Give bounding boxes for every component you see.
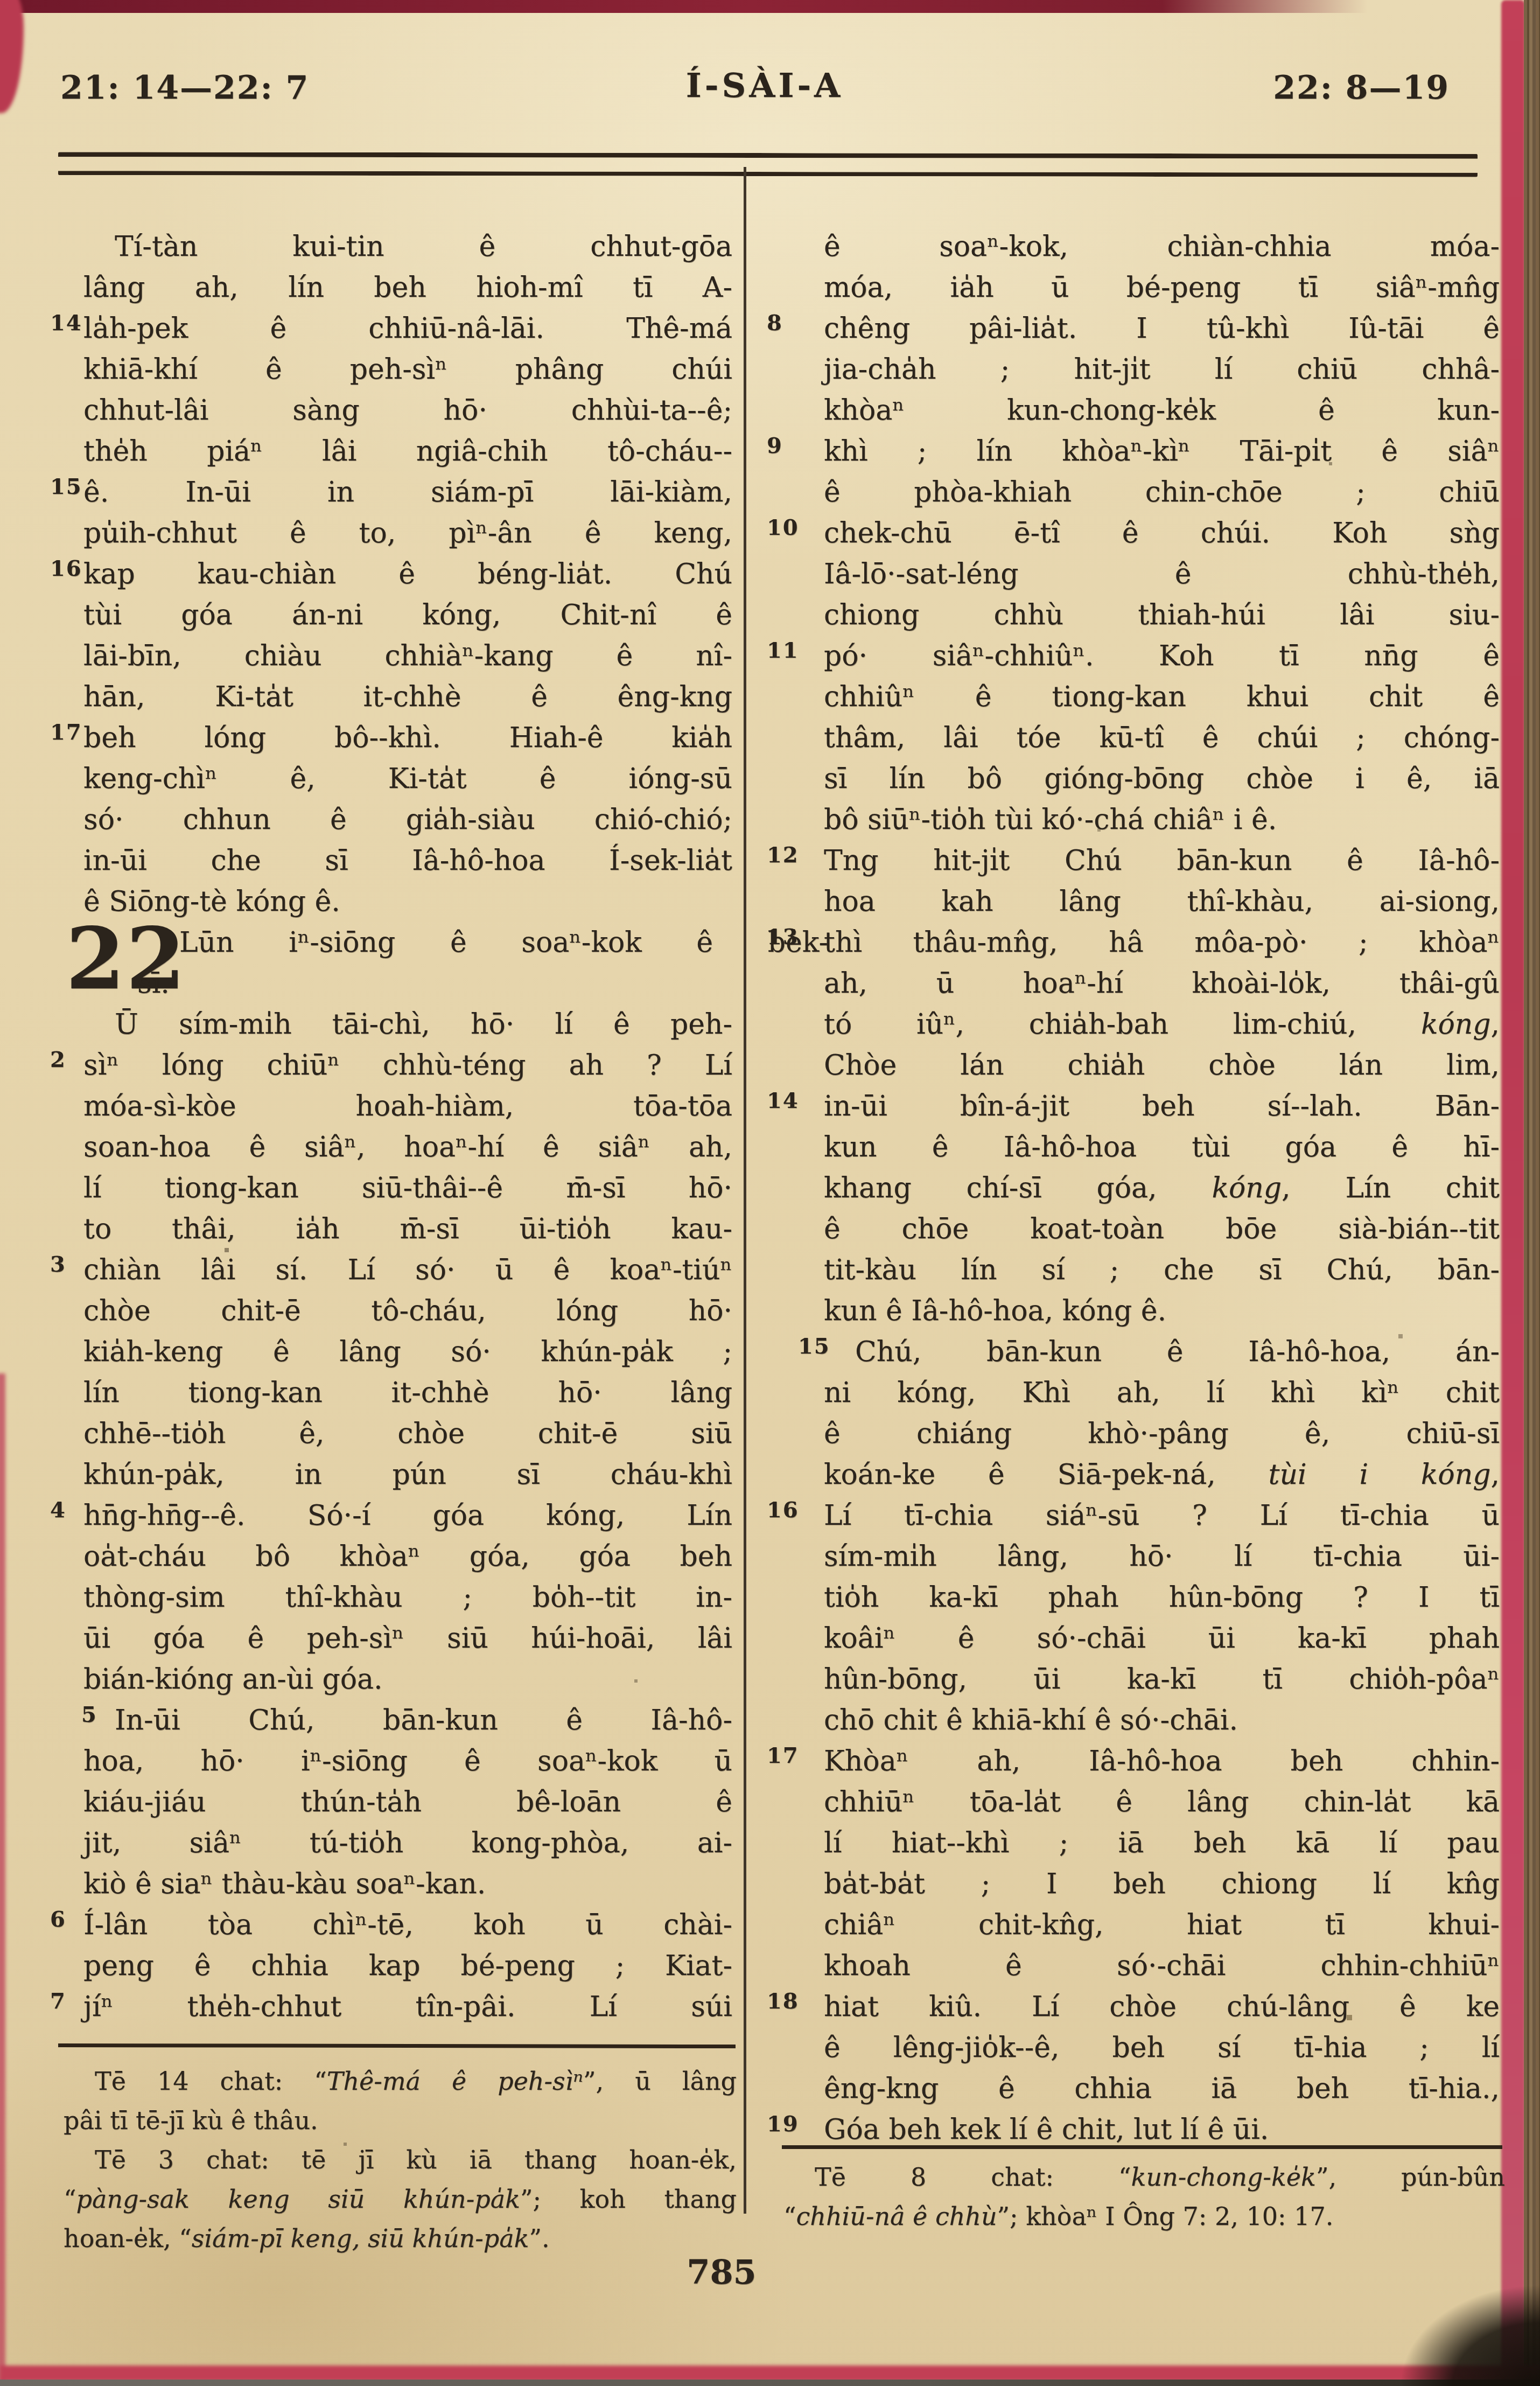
text-segment: tio̍h ka-kī phah hûn-bōng ? I tī [824,1581,1500,1614]
scripture-line: thòng-sim thî-khàu ; bo̍h--tit in- [83,1577,732,1618]
text-segment: lí tiong-kan siū-thâi--ê m̄-sī hō· [83,1172,732,1204]
verse-number: 12 [767,835,816,876]
text-segment: sím-mi̍h lâng, hō· lí tī-chia ūi- [824,1540,1500,1573]
text-segment: Iâ-lō·-sat-léng ê chhù-the̍h, [824,558,1500,590]
scripture-line: lí tiong-kan siū-thâi--ê m̄-sī hō· [83,1168,732,1209]
text-segment: “ [64,2185,76,2214]
scripture-line: peng ê chhia kap bé-peng ; Kiat- [83,1945,732,1986]
scripture-line: koán-ke ê Siā-pek-ná, tùi i kóng, [824,1454,1500,1495]
text-segment: ”. [529,2224,550,2253]
scripture-line: oa̍t-cháu bô khòaⁿ góa, góa beh [83,1536,732,1577]
scripture-line: 6Í-lân tòa chìⁿ-tē, koh ū chài- [83,1904,732,1945]
verse-number: 15 [50,466,81,507]
text-segment: Tē 8 chat: “ [815,2162,1131,2192]
scripture-line: soan-hoa ê siâⁿ, hoaⁿ-hí ê siâⁿ ah, [83,1127,732,1168]
scripture-line: chiong chhù thiah-húi lâi siu- [824,595,1500,636]
scripture-line: lín tiong-kan it-chhè hō· lâng [83,1372,732,1413]
book-page-scan: 21: 14—22: 7 Í-SÀI-A 22: 8—19 22 Tí-tàn … [0,0,1540,2386]
text-segment: só· chhun ê gia̍h-siàu chió-chió; [83,804,732,836]
italic-text: pàng-sak keng siū khún-pa̍k [76,2185,520,2214]
verse-number: 2 [50,1039,81,1080]
text-segment: Chú, bān-kun ê Iâ-hô-hoa, án- [855,1336,1500,1368]
text-segment: keng-chìⁿ ê, Ki-ta̍t ê ióng-sū [83,763,732,795]
left-footnotes: Tē 14 chat: “Thê-má ê peh-sìⁿ”, ū lângpâ… [64,2062,737,2258]
verse-number: 19 [767,2104,816,2145]
scripture-line: chhē--tio̍h ê, chòe chit-ē siū [83,1413,732,1454]
text-segment: ê chiáng khò·-pâng ê, chiū-sī [824,1418,1500,1450]
right-text-column: ê soaⁿ-kok, chiàn-chhia móa-móa, ia̍h ū … [824,226,1500,2150]
scripture-line: ni kóng, Khì ah, lí khì kìⁿ chit [824,1372,1500,1413]
verse-number: 17 [50,712,81,753]
footnote-line: pâi tī tē-jī kù ê thâu. [64,2101,737,2140]
text-segment: the̍h piáⁿ lâi ngiâ-chih tô-cháu-- [83,435,732,468]
header-verse-range-left: 21: 14—22: 7 [60,69,309,107]
text-segment: hoa kah lâng thî-khàu, ai-siong, [824,885,1500,918]
scripture-line: Chòe lán chia̍h chòe lán lim, [824,1045,1500,1086]
scripture-line: hûn-bōng, ūi ka-kī tī chio̍h-pôaⁿ [824,1659,1500,1700]
text-segment: hn̄g-hn̄g--ê. Só·-í góa kóng, Lín [83,1499,732,1532]
scripture-line: kiáu-jiáu thún-ta̍h bê-loān ê [83,1782,732,1823]
column-divider-rule [744,167,746,2214]
scripture-line: só· chhun ê gia̍h-siàu chió-chió; [83,799,732,840]
text-segment: hān, Ki-ta̍t it-chhè ê êng-kng [83,681,732,713]
text-segment: pu̍ih-chhut ê to, pìⁿ-ân ê keng, [83,517,732,549]
text-segment: tó iûⁿ, chia̍h-bah lim-chiú, [824,1008,1421,1041]
text-segment: thòng-sim thî-khàu ; bo̍h--tit in- [83,1581,732,1614]
text-segment: ê phòa-khiah chin-chōe ; chiū [824,476,1500,508]
scripture-line: chō chit ê khiā-khí ê só·-chāi. [824,1700,1500,1741]
text-segment: Tng hit-ji̍t Chú bān-kun ê Iâ-hô- [824,845,1500,877]
scripture-line: hān, Ki-ta̍t it-chhè ê êng-kng [83,676,732,717]
scripture-line: kun ê Iâ-hô-hoa, kóng ê. [824,1290,1500,1331]
text-segment: chhiûⁿ ê tiong-kan khui chi̍t ê [824,681,1500,713]
text-segment: to thâi, ia̍h m̄-sī ūi-tio̍h kau- [83,1213,732,1245]
text-segment: Khòaⁿ ah, Iâ-hô-hoa beh chhin- [824,1745,1500,1777]
right-page-stack-edge [1524,0,1540,2386]
text-segment: chō chit ê khiā-khí ê só·-chāi. [824,1704,1238,1736]
scripture-line: sím-mi̍h lâng, hō· lí tī-chia ūi- [824,1536,1500,1577]
text-segment: hiat kiû. Lí chòe chú-lâng ê ke [824,1991,1500,2023]
scripture-line: 11pó· siâⁿ-chhiûⁿ. Koh tī nn̄g ê [824,636,1500,676]
scripture-line: 15ê. In-ūi in siám-pī lāi-kiàm, [83,472,732,513]
text-segment: lí hiat--khì ; iā beh kā lí pau [824,1827,1500,1859]
scripture-line: 2sìⁿ lóng chiūⁿ chhù-téng ah ? Lí [83,1045,732,1086]
verse-number: 8 [767,303,816,344]
footnote-line: hoan-e̍k, “siám-pī keng, siū khún-pa̍k”. [64,2219,737,2258]
text-segment: lâng ah, lín beh hioh-mî tī A- [83,271,732,304]
text-segment: sìⁿ lóng chiūⁿ chhù-téng ah ? Lí [83,1049,732,1082]
header-rule [58,152,1478,177]
paper-specks [0,0,1,1]
text-segment: Í-lân tòa chìⁿ-tē, koh ū chài- [83,1909,732,1941]
scripture-line: 17Khòaⁿ ah, Iâ-hô-hoa beh chhin- [824,1741,1500,1782]
right-edge-red-dye [1501,0,1525,2386]
text-segment: ”; koh thang [520,2185,737,2214]
text-segment: in-ūi che sī Iâ-hô-hoa Í-sek-lia̍t [83,845,732,877]
text-segment: kap kau-chiàn ê béng-lia̍t. Chú [83,558,732,590]
verse-number: 16 [767,1490,816,1531]
text-segment: khiā-khí ê peh-sìⁿ phâng chúi [83,353,732,386]
verse-number: 13 [767,917,816,958]
text-segment: hoa, hō· iⁿ-siōng ê soaⁿ-kok ū [83,1745,732,1777]
text-segment: chhut-lâi sàng hō· chhùi-ta--ê; [83,394,732,427]
text-segment: jia-cha̍h ; hit-ji̍t lí chiū chhâ- [824,353,1500,386]
scripture-line: 17beh lóng bô--khì. Hiah-ê kia̍h [83,717,732,758]
scripture-line: khoah ê só·-chāi chhin-chhiūⁿ [824,1945,1500,1986]
scripture-line: sī lín bô gióng-bōng chòe i ê, iā [824,758,1500,799]
text-segment: in-ūi bîn-á-jit beh sí--lah. Bān- [824,1090,1500,1122]
verse-number: 16 [50,548,81,589]
text-segment: sī. [137,967,170,1000]
scripture-line: 12Tng hit-ji̍t Chú bān-kun ê Iâ-hô- [824,840,1500,881]
scripture-line: ê soaⁿ-kok, chiàn-chhia móa- [824,226,1500,267]
text-segment: hûn-bōng, ūi ka-kī tī chio̍h-pôaⁿ [824,1663,1500,1696]
scripture-line: chhut-lâi sàng hō· chhùi-ta--ê; [83,390,732,431]
text-segment: ”; khòaⁿ I Ông 7: 2, 10: 17. [997,2202,1334,2231]
text-segment: hoan-e̍k, “ [64,2224,192,2253]
text-segment: khòaⁿ kun-chong-ke̍k ê kun- [824,394,1500,427]
text-segment: In-ūi Chú, bān-kun ê Iâ-hô- [115,1704,732,1736]
text-segment: lāi-bīn, chiàu chhiàⁿ-kang ê nî- [83,640,732,672]
text-segment: Lí tī-chia siáⁿ-sū ? Lí tī-chia ū [824,1499,1500,1532]
scripture-line: 10chek-chū ē-tî ê chúi. Koh sǹg [824,513,1500,554]
text-segment: khoah ê só·-chāi chhin-chhiūⁿ [824,1950,1500,1982]
text-segment: pâi tī tē-jī kù ê thâu. [64,2106,318,2135]
italic-text: kun-chong-ke̍k [1131,2162,1316,2192]
italic-text: tùi i kóng [1269,1459,1491,1491]
scripture-line: hoa, hō· iⁿ-siōng ê soaⁿ-kok ū [83,1741,732,1782]
scripture-line: ê chiáng khò·-pâng ê, chiū-sī [824,1413,1500,1454]
scripture-line: ūi góa ê peh-sìⁿ siū húi-hoāi, lâi [83,1618,732,1659]
verse-number: 15 [767,1326,816,1367]
scripture-line: to thâi, ia̍h m̄-sī ūi-tio̍h kau- [83,1209,732,1250]
text-segment: beh lóng bô--khì. Hiah-ê kia̍h [83,722,732,754]
text-segment: jíⁿ the̍h-chhut tîn-pâi. Lí súi [83,1991,732,2023]
text-segment: “ [783,2202,796,2231]
scripture-line: keng-chìⁿ ê, Ki-ta̍t ê ióng-sū [83,758,732,799]
text-segment: ê soaⁿ-kok, chiàn-chhia móa- [824,231,1500,263]
scripture-line: 8chêng pâi-lia̍t. I tû-khì Iû-tāi ê [824,308,1500,349]
scripture-line: khún-pa̍k, in pún sī cháu-khì [83,1454,732,1495]
scripture-line: kiò ê siaⁿ thàu-kàu soaⁿ-kan. [83,1864,732,1904]
text-segment: kun ê Iâ-hô-hoa tùi góa ê hī- [824,1131,1500,1163]
verse-number: 11 [767,630,816,671]
scripture-line: 13thì thâu-mn̂g, hâ môa-pò· ; khòaⁿ [824,922,1500,963]
text-segment: tùi góa án-ni kóng, Chit-nî ê [83,599,732,631]
scripture-line: Ū sím-mi̍h tāi-chì, hō· lí ê peh- [83,1004,732,1045]
scripture-line: 16kap kau-chiàn ê béng-lia̍t. Chú [83,554,732,595]
footnote-line: “chhiū-nâ ê chhù”; khòaⁿ I Ông 7: 2, 10:… [783,2197,1505,2236]
scripture-line: khòaⁿ kun-chong-ke̍k ê kun- [824,390,1500,431]
text-segment: ah, ū hoaⁿ-hí khoài-lo̍k, thâi-gû [824,967,1500,1000]
text-segment: thì thâu-mn̂g, hâ môa-pò· ; khòaⁿ [824,926,1500,959]
text-segment: koâiⁿ ê só·-chāi ūi ka-kī phah [824,1622,1500,1655]
verse-number: 14 [767,1080,816,1121]
text-segment: tit-kàu lín sí ; che sī Chú, bān- [824,1254,1500,1286]
verse-number: 6 [50,1899,81,1940]
header-verse-range-right: 22: 8—19 [1273,69,1450,107]
verse-number: 10 [767,507,816,548]
footnote-line: “pàng-sak keng siū khún-pa̍k”; koh thang [64,2180,737,2219]
italic-text: siám-pī keng, siū khún-pa̍k [192,2224,529,2253]
text-segment: chòe chit-ē tô-cháu, lóng hō· [83,1295,732,1327]
scripture-line: Tí-tàn kui-tin ê chhut-gōa [83,226,732,267]
top-edge-red-stain [0,0,1368,13]
verse-number: 17 [767,1735,816,1776]
text-segment: Góa beh kek lí ê chit, lut lí ê ūi. [824,2113,1269,2146]
scripture-line: ê phòa-khiah chin-chōe ; chiū [824,472,1500,513]
text-segment: chek-chū ē-tî ê chúi. Koh sǹg [824,517,1500,549]
scripture-line: 15Chú, bān-kun ê Iâ-hô-hoa, án- [824,1331,1500,1372]
scripture-line: the̍h piáⁿ lâi ngiâ-chih tô-cháu-- [83,431,732,472]
scripture-line: chòe chit-ē tô-cháu, lóng hō· [83,1290,732,1331]
text-segment: pó· siâⁿ-chhiûⁿ. Koh tī nn̄g ê [824,640,1500,672]
scripture-line: 5In-ūi Chú, bān-kun ê Iâ-hô- [83,1700,732,1741]
scripture-line: chhiūⁿ tōa-la̍t ê lâng chin-la̍t kā [824,1782,1500,1823]
italic-text: kóng [1421,1008,1491,1041]
text-segment: chhiūⁿ tōa-la̍t ê lâng chin-la̍t kā [824,1786,1500,1818]
text-segment: chhē--tio̍h ê, chòe chit-ē siū [83,1418,732,1450]
text-segment: ê. In-ūi in siám-pī lāi-kiàm, [83,476,732,508]
text-segment: chiong chhù thiah-húi lâi siu- [824,599,1500,631]
text-segment: móa, ia̍h ū bé-peng tī siâⁿ-mn̂g [824,271,1500,304]
footnote-line: Tē 14 chat: “Thê-má ê peh-sìⁿ”, ū lâng [64,2062,737,2101]
left-footnote-rule [58,2043,736,2048]
text-segment: khì ; lín khòaⁿ-kìⁿ Tāi-pi̍t ê siâⁿ [824,435,1500,468]
text-segment: peng ê chhia kap bé-peng ; Kiat- [83,1950,732,1982]
text-segment: , [1490,1008,1500,1041]
text-segment: ê chōe koat-toàn bōe sià-bián--tit [824,1213,1500,1245]
scripture-line: thâm, lâi tóe kū-tî ê chúi ; chóng- [824,717,1500,758]
text-segment: kiáu-jiáu thún-ta̍h bê-loān ê [83,1786,732,1818]
text-segment: Chòe lán chia̍h chòe lán lim, [824,1049,1500,1082]
scripture-line: ba̍t-ba̍t ; I beh chiong lí kn̂g [824,1864,1500,1904]
text-segment: soan-hoa ê siâⁿ, hoaⁿ-hí ê siâⁿ ah, [83,1131,732,1163]
scripture-line: 16Lí tī-chia siáⁿ-sū ? Lí tī-chia ū [824,1495,1500,1536]
scripture-line: lí hiat--khì ; iā beh kā lí pau [824,1823,1500,1864]
text-segment: khún-pa̍k, in pún sī cháu-khì [83,1459,732,1491]
text-segment: Tí-tàn kui-tin ê chhut-gōa [115,231,732,263]
bottom-right-shadow [1314,2224,1540,2386]
italic-text: Thê-má ê peh-sìⁿ [327,2067,583,2096]
verse-number: 7 [50,1981,81,2022]
verse-number: 3 [50,1244,81,1285]
scripture-line: 14la̍h-pek ê chhiū-nâ-lāi. Thê-má [83,308,732,349]
scripture-line: móa, ia̍h ū bé-peng tī siâⁿ-mn̂g [824,267,1500,308]
text-segment: ūi góa ê peh-sìⁿ siū húi-hoāi, lâi [83,1622,732,1655]
text-segment: ”, pún-bûn [1316,2162,1505,2192]
text-segment: chiâⁿ chit-kn̂g, hiat tī khui- [824,1909,1500,1941]
scripture-line: kun ê Iâ-hô-hoa tùi góa ê hī- [824,1127,1500,1168]
scripture-line: in-ūi che sī Iâ-hô-hoa Í-sek-lia̍t [83,840,732,881]
text-segment: kia̍h-keng ê lâng só· khún-pa̍k ; [83,1336,732,1368]
text-segment: oa̍t-cháu bô khòaⁿ góa, góa beh [83,1540,732,1573]
scripture-line: 7jíⁿ the̍h-chhut tîn-pâi. Lí súi [83,1986,732,2027]
text-segment: Lūn iⁿ-siōng ê soaⁿ-kok ê be̍k- [179,926,828,959]
text-segment: thâm, lâi tóe kū-tî ê chúi ; chóng- [824,722,1500,754]
text-segment: koán-ke ê Siā-pek-ná, [824,1459,1269,1491]
scripture-line: koâiⁿ ê só·-chāi ūi ka-kī phah [824,1618,1500,1659]
scripture-line: jit, siâⁿ tú-tio̍h kong-phòa, ai- [83,1823,732,1864]
text-segment: Ū sím-mi̍h tāi-chì, hō· lí ê peh- [115,1008,732,1041]
scripture-line: Lūn iⁿ-siōng ê soaⁿ-kok ê be̍k- [83,922,828,963]
scripture-line: móa-sì-kòe hoah-hiàm, tōa-tōa [83,1086,732,1127]
scripture-line: khiā-khí ê peh-sìⁿ phâng chúi [83,349,732,390]
scripture-line: ê chōe koat-toàn bōe sià-bián--tit [824,1209,1500,1250]
scripture-line: pu̍ih-chhut ê to, pìⁿ-ân ê keng, [83,513,732,554]
scripture-line: tit-kàu lín sí ; che sī Chú, bān- [824,1250,1500,1290]
left-text-column: Tí-tàn kui-tin ê chhut-gōalâng ah, lín b… [83,226,732,2027]
text-segment: ”, ū lâng [583,2067,737,2096]
scripture-line: tó iûⁿ, chia̍h-bah lim-chiú, kóng, [824,1004,1500,1045]
italic-text: chhiū-nâ ê chhù [796,2202,997,2231]
right-footnotes: Tē 8 chat: “kun-chong-ke̍k”, pún-bûn“chh… [783,2158,1505,2236]
scripture-line: kia̍h-keng ê lâng só· khún-pa̍k ; [83,1331,732,1372]
scripture-line: êng-kng ê chhia iā beh tī-hia., [824,2068,1500,2109]
scripture-line: tio̍h ka-kī phah hûn-bōng ? I tī [824,1577,1500,1618]
text-segment: la̍h-pek ê chhiū-nâ-lāi. Thê-má [83,312,732,345]
scripture-line: lâng ah, lín beh hioh-mî tī A- [83,267,732,308]
text-segment: jit, siâⁿ tú-tio̍h kong-phòa, ai- [83,1827,732,1859]
verse-number: 18 [767,1981,816,2022]
text-segment: , [1490,1459,1500,1491]
scripture-line: 9khì ; lín khòaⁿ-kìⁿ Tāi-pi̍t ê siâⁿ [824,431,1500,472]
text-segment: chêng pâi-lia̍t. I tû-khì Iû-tāi ê [824,312,1500,345]
text-segment: móa-sì-kòe hoah-hiàm, tōa-tōa [83,1090,732,1122]
footnote-line: Tē 3 chat: tē jī kù iā thang hoan-e̍k, [64,2140,737,2180]
text-segment: bián-kióng an-ùi góa. [83,1663,383,1696]
text-segment: ba̍t-ba̍t ; I beh chiong lí kn̂g [824,1868,1500,1900]
right-footnote-rule [782,2145,1502,2149]
scripture-line: ê lêng-jio̍k--ê, beh sí tī-hia ; lí [824,2027,1500,2068]
scripture-line: ê Siōng-tè kóng ê. [83,881,732,922]
italic-text: kóng [1212,1172,1282,1204]
text-segment: ê lêng-jio̍k--ê, beh sí tī-hia ; lí [824,2032,1500,2064]
scripture-line: jia-cha̍h ; hit-ji̍t lí chiū chhâ- [824,349,1500,390]
scripture-line: Iâ-lō·-sat-léng ê chhù-the̍h, [824,554,1500,595]
text-segment: Tē 3 chat: tē jī kù iā thang hoan-e̍k, [95,2145,737,2174]
top-left-red-stain [0,0,24,113]
scripture-line: 14in-ūi bîn-á-jit beh sí--lah. Bān- [824,1086,1500,1127]
scripture-line: ah, ū hoaⁿ-hí khoài-lo̍k, thâi-gû [824,963,1500,1004]
page-number: 785 [662,2252,781,2292]
text-segment: êng-kng ê chhia iā beh tī-hia., [824,2073,1500,2105]
verse-number: 5 [50,1694,81,1735]
text-segment: , Lín chit [1282,1172,1500,1204]
text-segment: ni kóng, Khì ah, lí khì kìⁿ chit [824,1377,1500,1409]
text-segment: ê Siōng-tè kóng ê. [83,885,340,918]
text-segment: chiàn lâi sí. Lí só· ū ê koaⁿ-tiúⁿ [83,1254,732,1286]
text-segment: Tē 14 chat: “ [95,2067,327,2096]
verse-number: 9 [767,425,816,466]
scripture-line: tùi góa án-ni kóng, Chit-nî ê [83,595,732,636]
text-segment: lín tiong-kan it-chhè hō· lâng [83,1377,732,1409]
left-edge-red-stain [0,1373,5,2386]
scripture-line: lāi-bīn, chiàu chhiàⁿ-kang ê nî- [83,636,732,676]
scripture-line: bô siūⁿ-tio̍h tùi kó·-chá chiâⁿ i ê. [824,799,1500,840]
verse-number: 4 [50,1490,81,1531]
verse-number: 14 [50,303,81,344]
scripture-line: 4hn̄g-hn̄g--ê. Só·-í góa kóng, Lín [83,1495,732,1536]
text-segment: khang chí-sī góa, [824,1172,1212,1204]
footnote-line: Tē 8 chat: “kun-chong-ke̍k”, pún-bûn [783,2158,1505,2197]
scripture-line: hoa kah lâng thî-khàu, ai-siong, [824,881,1500,922]
text-segment: bô siūⁿ-tio̍h tùi kó·-chá chiâⁿ i ê. [824,804,1277,836]
scripture-line: 18hiat kiû. Lí chòe chú-lâng ê ke [824,1986,1500,2027]
text-segment: kun ê Iâ-hô-hoa, kóng ê. [824,1295,1166,1327]
scripture-line: khang chí-sī góa, kóng, Lín chit [824,1168,1500,1209]
scripture-line: bián-kióng an-ùi góa. [83,1659,732,1700]
scripture-line: 3chiàn lâi sí. Lí só· ū ê koaⁿ-tiúⁿ [83,1250,732,1290]
scripture-line: sī. [83,963,786,1004]
text-segment: kiò ê siaⁿ thàu-kàu soaⁿ-kan. [83,1868,486,1900]
scripture-line: 19Góa beh kek lí ê chit, lut lí ê ūi. [824,2109,1500,2150]
scripture-line: chiâⁿ chit-kn̂g, hiat tī khui- [824,1904,1500,1945]
scripture-line: chhiûⁿ ê tiong-kan khui chi̍t ê [824,676,1500,717]
header-book-title: Í-SÀI-A [608,66,921,105]
bottom-photo-edge [0,2380,1540,2386]
text-segment: sī lín bô gióng-bōng chòe i ê, iā [824,763,1500,795]
